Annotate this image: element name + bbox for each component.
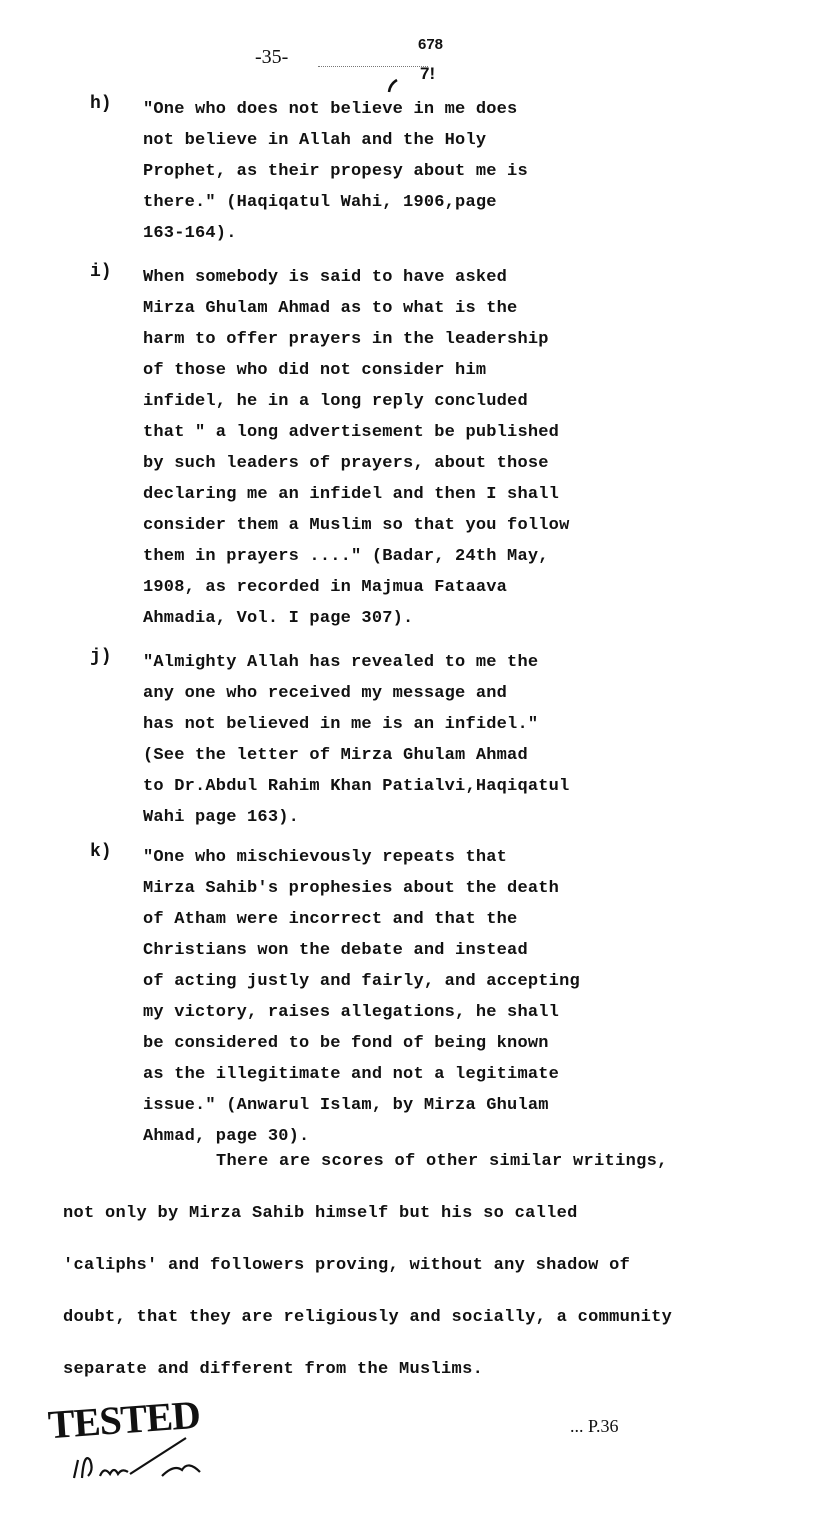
text-line: harm to offer prayers in the leadership [143, 324, 783, 355]
tick-mark-icon [387, 78, 399, 94]
text-line: When somebody is said to have asked [143, 262, 783, 293]
item-text: "Almighty Allah has revealed to me the a… [143, 647, 783, 833]
paragraph-line: separate and different from the Muslims. [63, 1360, 483, 1379]
text-line: "One who does not believe in me does [143, 94, 783, 125]
item-text: When somebody is said to have asked Mirz… [143, 262, 783, 634]
text-line: Mirza Ghulam Ahmad as to what is the [143, 293, 783, 324]
text-line: of Atham were incorrect and that the [143, 904, 783, 935]
reference-number-top: 678 [418, 36, 443, 53]
item-label: k) [90, 842, 112, 862]
text-line: issue." (Anwarul Islam, by Mirza Ghulam [143, 1090, 783, 1121]
text-line: of those who did not consider him [143, 355, 783, 386]
text-line: be considered to be fond of being known [143, 1028, 783, 1059]
reference-number-bottom: 7! [420, 64, 435, 84]
text-line: "One who mischievously repeats that [143, 842, 783, 873]
text-line: them in prayers ...." (Badar, 24th May, [143, 541, 783, 572]
text-line: my victory, raises allegations, he shall [143, 997, 783, 1028]
item-text: "One who mischievously repeats that Mirz… [143, 842, 783, 1152]
text-line: "Almighty Allah has revealed to me the [143, 647, 783, 678]
next-page-marker: ... P.36 [570, 1416, 619, 1437]
page-number: -35- [255, 46, 288, 69]
paragraph-line: doubt, that they are religiously and soc… [63, 1308, 672, 1327]
item-text: "One who does not believe in me does not… [143, 94, 783, 249]
text-line: infidel, he in a long reply concluded [143, 386, 783, 417]
text-line: consider them a Muslim so that you follo… [143, 510, 783, 541]
text-line: of acting justly and fairly, and accepti… [143, 966, 783, 997]
text-line: any one who received my message and [143, 678, 783, 709]
text-line: by such leaders of prayers, about those [143, 448, 783, 479]
text-line: declaring me an infidel and then I shall [143, 479, 783, 510]
text-line: has not believed in me is an infidel." [143, 709, 783, 740]
paragraph-first-line: There are scores of other similar writin… [216, 1152, 668, 1171]
text-line: there." (Haqiqatul Wahi, 1906,page [143, 187, 783, 218]
text-line: Christians won the debate and instead [143, 935, 783, 966]
text-line: to Dr.Abdul Rahim Khan Patialvi,Haqiqatu… [143, 771, 783, 802]
text-line: Ahmadia, Vol. I page 307). [143, 603, 783, 634]
text-line: 163-164). [143, 218, 783, 249]
item-label: i) [90, 262, 112, 282]
text-line: that " a long advertisement be published [143, 417, 783, 448]
header-dotted-line [318, 66, 428, 67]
item-label: h) [90, 94, 112, 114]
text-line: (See the letter of Mirza Ghulam Ahmad [143, 740, 783, 771]
text-line: as the illegitimate and not a legitimate [143, 1059, 783, 1090]
paragraph-line: 'caliphs' and followers proving, without… [63, 1256, 630, 1275]
signature-icon [70, 1430, 270, 1480]
text-line: Wahi page 163). [143, 802, 783, 833]
text-line: 1908, as recorded in Majmua Fataava [143, 572, 783, 603]
paragraph-line: not only by Mirza Sahib himself but his … [63, 1204, 578, 1223]
text-line: Prophet, as their propesy about me is [143, 156, 783, 187]
text-line: not believe in Allah and the Holy [143, 125, 783, 156]
item-label: j) [90, 647, 112, 667]
text-line: Mirza Sahib's prophesies about the death [143, 873, 783, 904]
text-line: Ahmad, page 30). [143, 1121, 783, 1152]
